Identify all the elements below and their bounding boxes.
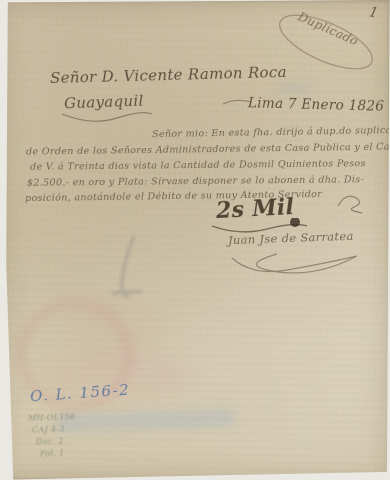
- rubric-flourish: [226, 240, 366, 274]
- archival-pencil-line: CAJ 4-3: [32, 424, 65, 434]
- archival-pencil-line: MH-OL156: [28, 412, 76, 423]
- paraph-flourish: [334, 190, 366, 216]
- blue-smudge-small: [278, 84, 312, 94]
- archival-pencil-line: Fol. 1: [40, 449, 65, 459]
- document-scan: 1 Duplicado Señor D. Vicente Ramon Roca …: [0, 0, 390, 480]
- pink-stain-upper: [70, 300, 160, 360]
- duplicado-oval: [272, 8, 380, 76]
- paper-sheet: 1 Duplicado Señor D. Vicente Ramon Roca …: [0, 0, 390, 480]
- dateline-dash-flourish: [222, 98, 252, 108]
- city-underline-flourish: [60, 108, 155, 124]
- archival-pencil-line: Doc. 2: [36, 437, 64, 447]
